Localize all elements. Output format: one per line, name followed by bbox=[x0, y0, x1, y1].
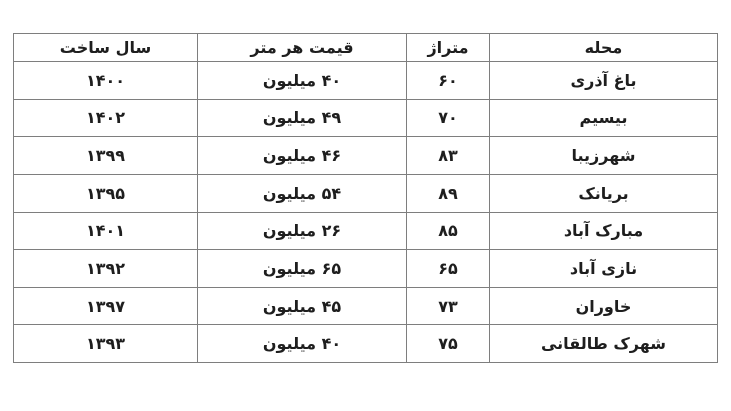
cell-price-per-meter: ۶۵ میلیون bbox=[198, 250, 407, 288]
table-row: بیسیم ۷۰ ۴۹ میلیون ۱۴۰۲ bbox=[14, 99, 718, 137]
column-header-neighborhood: محله bbox=[490, 34, 718, 62]
cell-area: ۶۵ bbox=[407, 250, 490, 288]
cell-area: ۸۹ bbox=[407, 174, 490, 212]
cell-price-per-meter: ۵۴ میلیون bbox=[198, 174, 407, 212]
cell-neighborhood: باغ آذری bbox=[490, 62, 718, 100]
cell-price-per-meter: ۴۵ میلیون bbox=[198, 287, 407, 325]
cell-year-built: ۱۴۰۲ bbox=[14, 99, 198, 137]
cell-neighborhood: بیسیم bbox=[490, 99, 718, 137]
table-row: خاوران ۷۳ ۴۵ میلیون ۱۳۹۷ bbox=[14, 287, 718, 325]
cell-year-built: ۱۴۰۰ bbox=[14, 62, 198, 100]
cell-price-per-meter: ۴۶ میلیون bbox=[198, 137, 407, 175]
cell-area: ۶۰ bbox=[407, 62, 490, 100]
cell-neighborhood: خاوران bbox=[490, 287, 718, 325]
cell-area: ۷۵ bbox=[407, 325, 490, 363]
table-row: نازی آباد ۶۵ ۶۵ میلیون ۱۳۹۲ bbox=[14, 250, 718, 288]
cell-area: ۸۵ bbox=[407, 212, 490, 250]
cell-neighborhood: نازی آباد bbox=[490, 250, 718, 288]
cell-year-built: ۱۳۹۲ bbox=[14, 250, 198, 288]
cell-area: ۷۳ bbox=[407, 287, 490, 325]
housing-price-table: محله متراژ قیمت هر متر سال ساخت باغ آذری… bbox=[13, 33, 718, 363]
table-row: شهرک طالقانی ۷۵ ۴۰ میلیون ۱۳۹۳ bbox=[14, 325, 718, 363]
column-header-year-built: سال ساخت bbox=[14, 34, 198, 62]
table-row: بریانک ۸۹ ۵۴ میلیون ۱۳۹۵ bbox=[14, 174, 718, 212]
table-row: باغ آذری ۶۰ ۴۰ میلیون ۱۴۰۰ bbox=[14, 62, 718, 100]
cell-year-built: ۱۴۰۱ bbox=[14, 212, 198, 250]
column-header-area: متراژ bbox=[407, 34, 490, 62]
cell-price-per-meter: ۲۶ میلیون bbox=[198, 212, 407, 250]
cell-price-per-meter: ۴۹ میلیون bbox=[198, 99, 407, 137]
cell-year-built: ۱۳۹۹ bbox=[14, 137, 198, 175]
table-row: مبارک آباد ۸۵ ۲۶ میلیون ۱۴۰۱ bbox=[14, 212, 718, 250]
cell-price-per-meter: ۴۰ میلیون bbox=[198, 62, 407, 100]
cell-neighborhood: بریانک bbox=[490, 174, 718, 212]
page-canvas: محله متراژ قیمت هر متر سال ساخت باغ آذری… bbox=[0, 0, 731, 411]
header-row: محله متراژ قیمت هر متر سال ساخت bbox=[14, 34, 718, 62]
cell-neighborhood: مبارک آباد bbox=[490, 212, 718, 250]
cell-year-built: ۱۳۹۵ bbox=[14, 174, 198, 212]
table-row: شهرزیبا ۸۳ ۴۶ میلیون ۱۳۹۹ bbox=[14, 137, 718, 175]
cell-area: ۸۳ bbox=[407, 137, 490, 175]
cell-year-built: ۱۳۹۷ bbox=[14, 287, 198, 325]
cell-neighborhood: شهرزیبا bbox=[490, 137, 718, 175]
cell-neighborhood: شهرک طالقانی bbox=[490, 325, 718, 363]
cell-price-per-meter: ۴۰ میلیون bbox=[198, 325, 407, 363]
column-header-price-per-meter: قیمت هر متر bbox=[198, 34, 407, 62]
cell-year-built: ۱۳۹۳ bbox=[14, 325, 198, 363]
cell-area: ۷۰ bbox=[407, 99, 490, 137]
